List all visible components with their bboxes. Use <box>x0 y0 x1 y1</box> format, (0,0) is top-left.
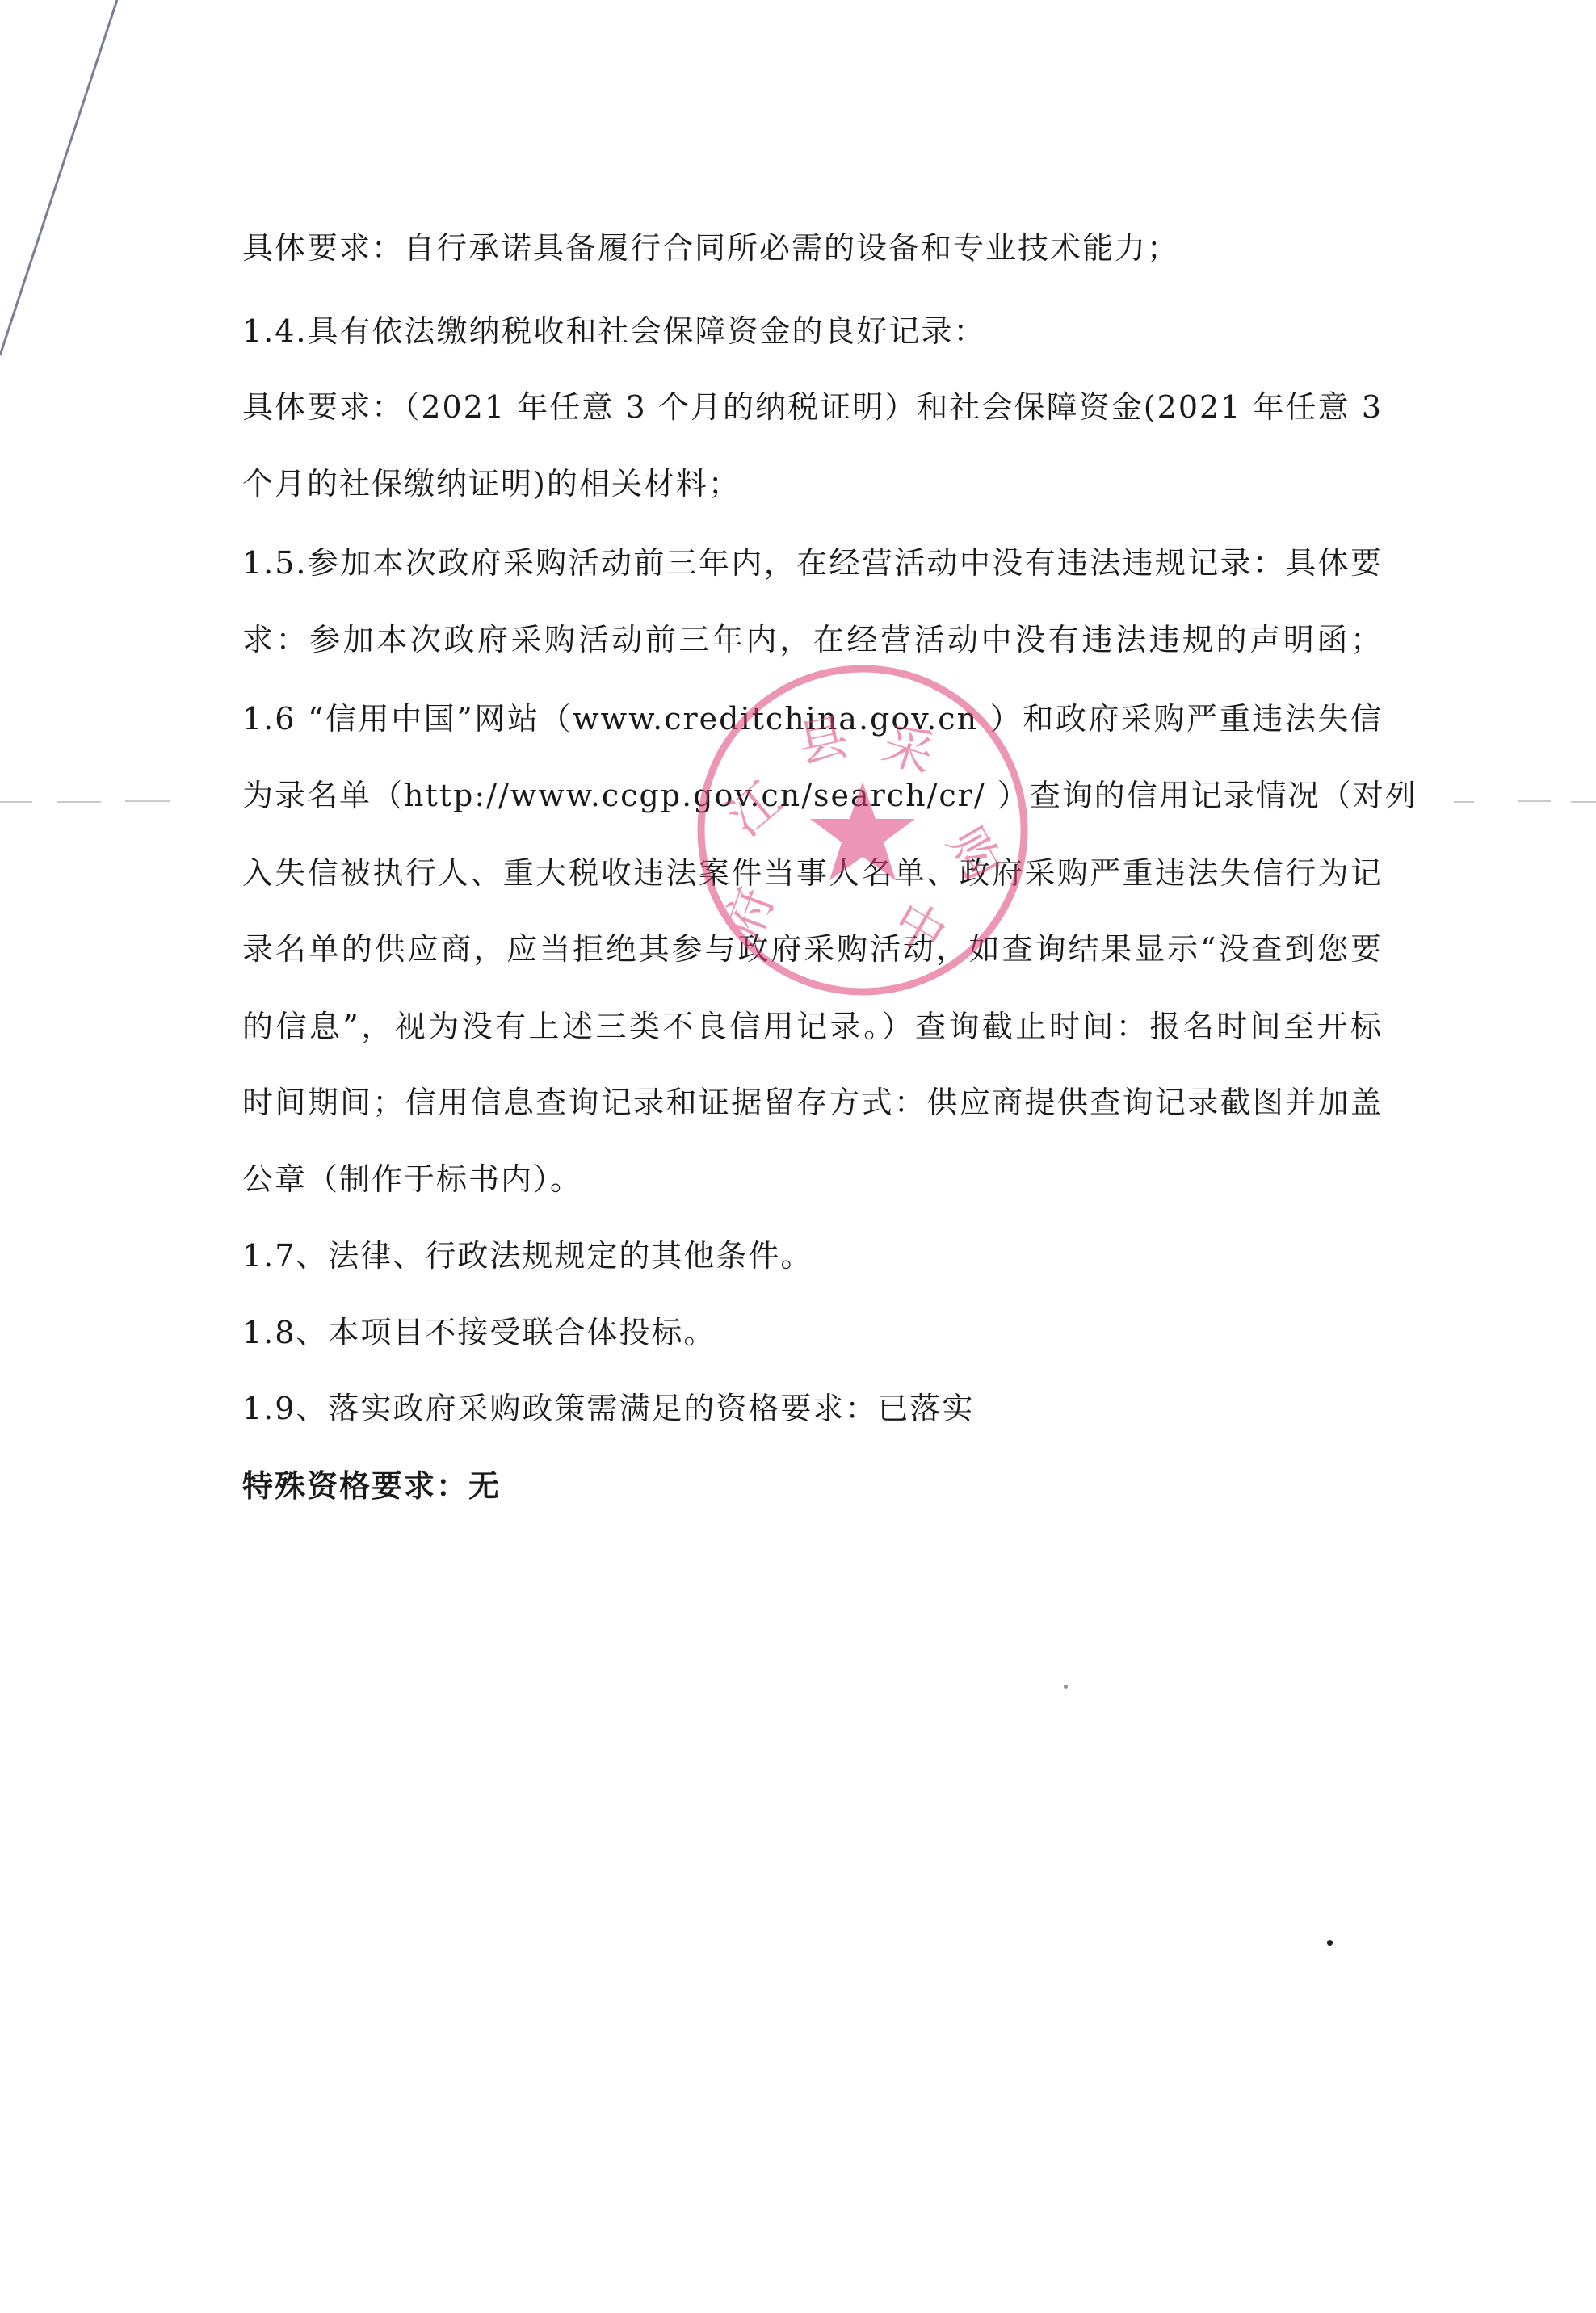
doc-line: 1.8、本项目不接受联合体投标。 <box>242 1313 716 1390</box>
fold-mark-left <box>57 801 101 803</box>
fold-mark-left <box>0 801 32 803</box>
fold-mark-right <box>1518 800 1551 802</box>
doc-line: 求：参加本次政府采购活动前三年内，在经营活动中没有违法违规的声明函； <box>242 620 1383 697</box>
fold-mark-left <box>125 800 170 802</box>
doc-line: 入失信被执行人、重大税收违法案件当事人名单、政府采购严重违法失信行为记 <box>242 854 1383 930</box>
doc-line: 具体要求：自行承诺具备履行合同所必需的设备和专业技术能力； <box>242 229 1179 305</box>
doc-line: 1.5.参加本次政府采购活动前三年内，在经营活动中没有违法违规记录：具体要 <box>242 544 1383 620</box>
doc-line: 具体要求：（2021 年任意 3 个月的纳税证明）和社会保障资金(2021 年任… <box>242 388 1383 464</box>
doc-line: 1.9、落实政府采购政策需满足的资格要求：已落实 <box>242 1389 974 1466</box>
scan-speck <box>1064 1685 1068 1689</box>
fold-mark-right <box>1571 801 1596 803</box>
doc-line: 为录名单（http://www.ccgp.gov.cn/search/cr/ ）… <box>242 776 1383 853</box>
doc-line: 1.7、法律、行政法规规定的其他条件。 <box>242 1236 813 1313</box>
doc-line: 个月的社保缴纳证明)的相关材料； <box>242 464 741 541</box>
special-requirements: 特殊资格要求：无 <box>242 1467 501 1543</box>
doc-line: 时间期间；信用信息查询记录和证据留存方式：供应商提供查询记录截图并加盖 <box>242 1083 1383 1160</box>
doc-line: 录名单的供应商，应当拒绝其参与政府采购活动，如查询结果显示“没查到您要 <box>242 930 1383 1006</box>
doc-line: 1.4.具有依法缴纳税收和社会保障资金的良好记录： <box>242 312 986 388</box>
doc-line: 的信息”，视为没有上述三类不良信用记录。）查询截止时间：报名时间至开标 <box>242 1007 1383 1084</box>
fold-mark-right <box>1454 801 1474 803</box>
doc-line: 公章（制作于标书内）。 <box>242 1160 582 1236</box>
scan-speck <box>1327 1940 1333 1946</box>
doc-line: 1.6 “信用中国”网站（www.creditchina.gov.cn ）和政府… <box>242 699 1383 776</box>
